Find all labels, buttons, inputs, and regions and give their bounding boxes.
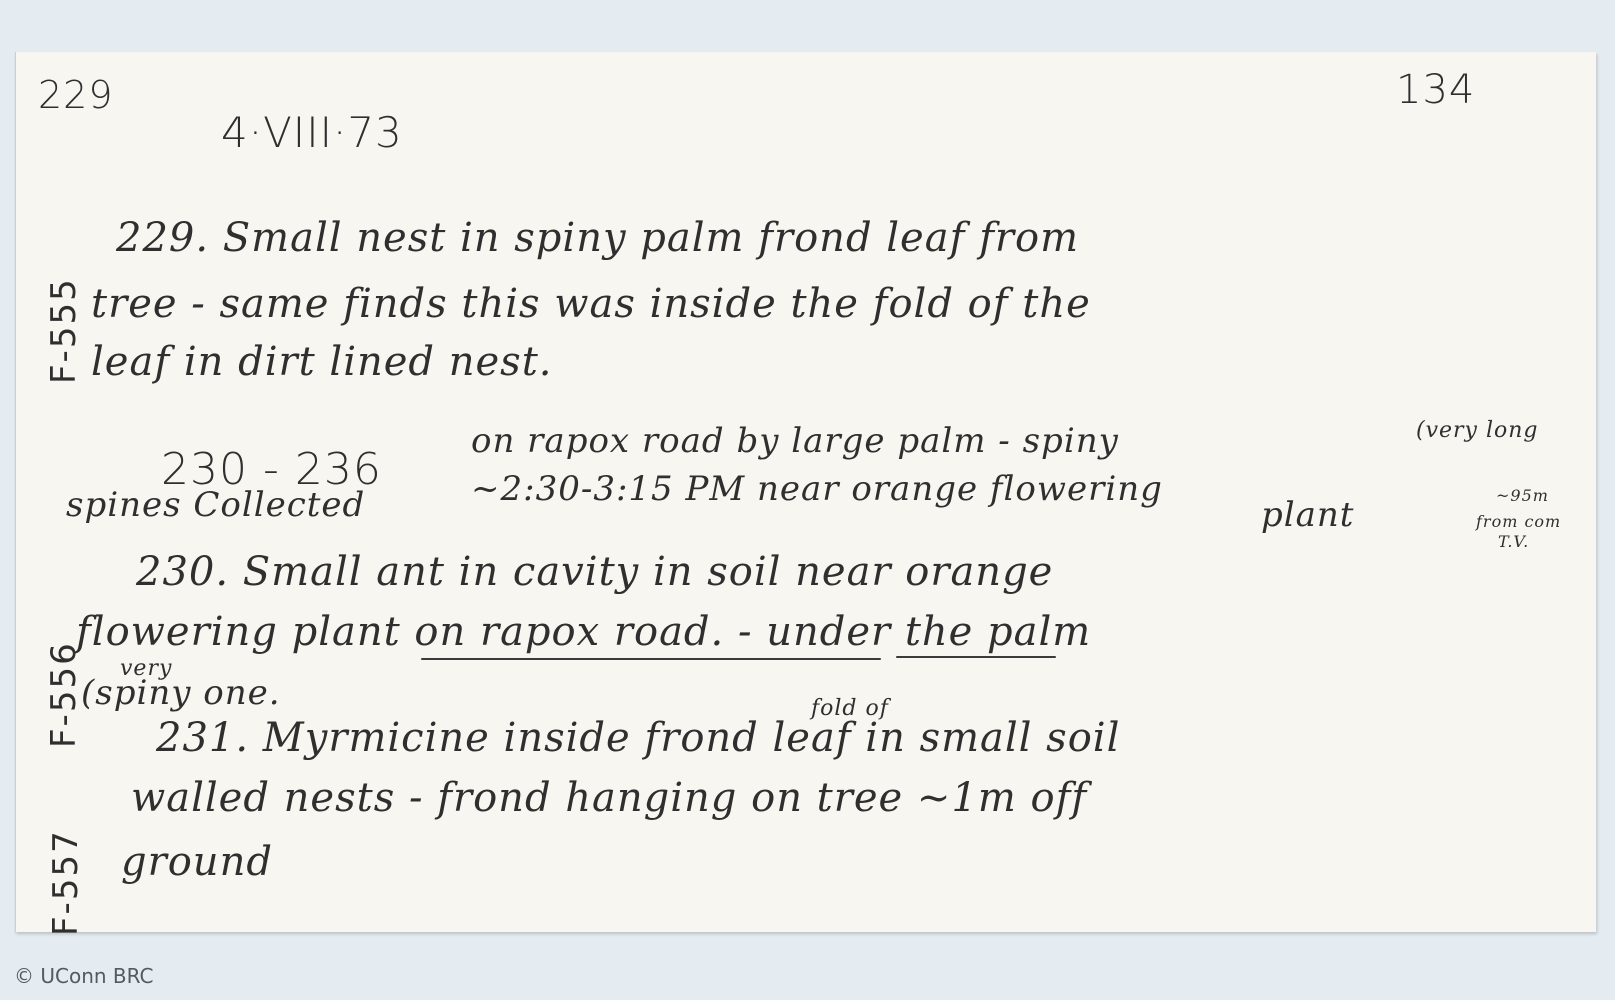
entry-range-time-note: ~2:30-3:15 PM near orange flowering: [471, 472, 1163, 506]
margin-label-f556: F-556: [44, 641, 84, 748]
entry-range-location-note-extra: (very long: [1416, 420, 1539, 442]
entry-range-side-note-1: ~95m: [1496, 488, 1549, 504]
entry-229-line-1: 229. Small nest in spiny palm frond leaf…: [116, 218, 1079, 258]
specimen-field-note-card: 229 4·VIII·73 134 F-555 F-556 F-557 229.…: [15, 52, 1596, 932]
entry-231-line-1: 231. Myrmicine inside frond leaf in smal…: [156, 718, 1120, 758]
margin-label-f555: F-555: [44, 277, 84, 384]
underline-road: [896, 656, 1056, 658]
entry-230-line-2: flowering plant on rapox road. - under t…: [76, 612, 1091, 652]
entry-range-side-note-2: from com: [1476, 514, 1561, 530]
record-number: 229: [38, 76, 114, 114]
entry-range-side-note-3: T.V.: [1498, 534, 1529, 550]
entry-231-line-3: ground: [121, 842, 273, 882]
page-number: 134: [1396, 70, 1475, 110]
entry-231-line-2: walled nests - frond hanging on tree ~1m…: [131, 778, 1087, 818]
collection-date: 4·VIII·73: [221, 112, 403, 154]
underline-rapox: [421, 658, 881, 660]
entry-range-location-note: on rapox road by large palm - spiny: [471, 424, 1119, 458]
entry-230-line-3: (spiny one.: [81, 676, 281, 710]
entry-range-collected-note: spines Collected: [66, 488, 365, 522]
margin-label-f557: F-557: [46, 829, 86, 936]
entry-230-line-1: 230. Small ant in cavity in soil near or…: [136, 552, 1053, 592]
entry-229-line-2: tree - same finds this was inside the fo…: [91, 284, 1091, 324]
entry-229-line-3: leaf in dirt lined nest.: [91, 342, 553, 382]
entry-range-plant-word: plant: [1261, 498, 1354, 532]
copyright-notice: © UConn BRC: [14, 964, 154, 988]
